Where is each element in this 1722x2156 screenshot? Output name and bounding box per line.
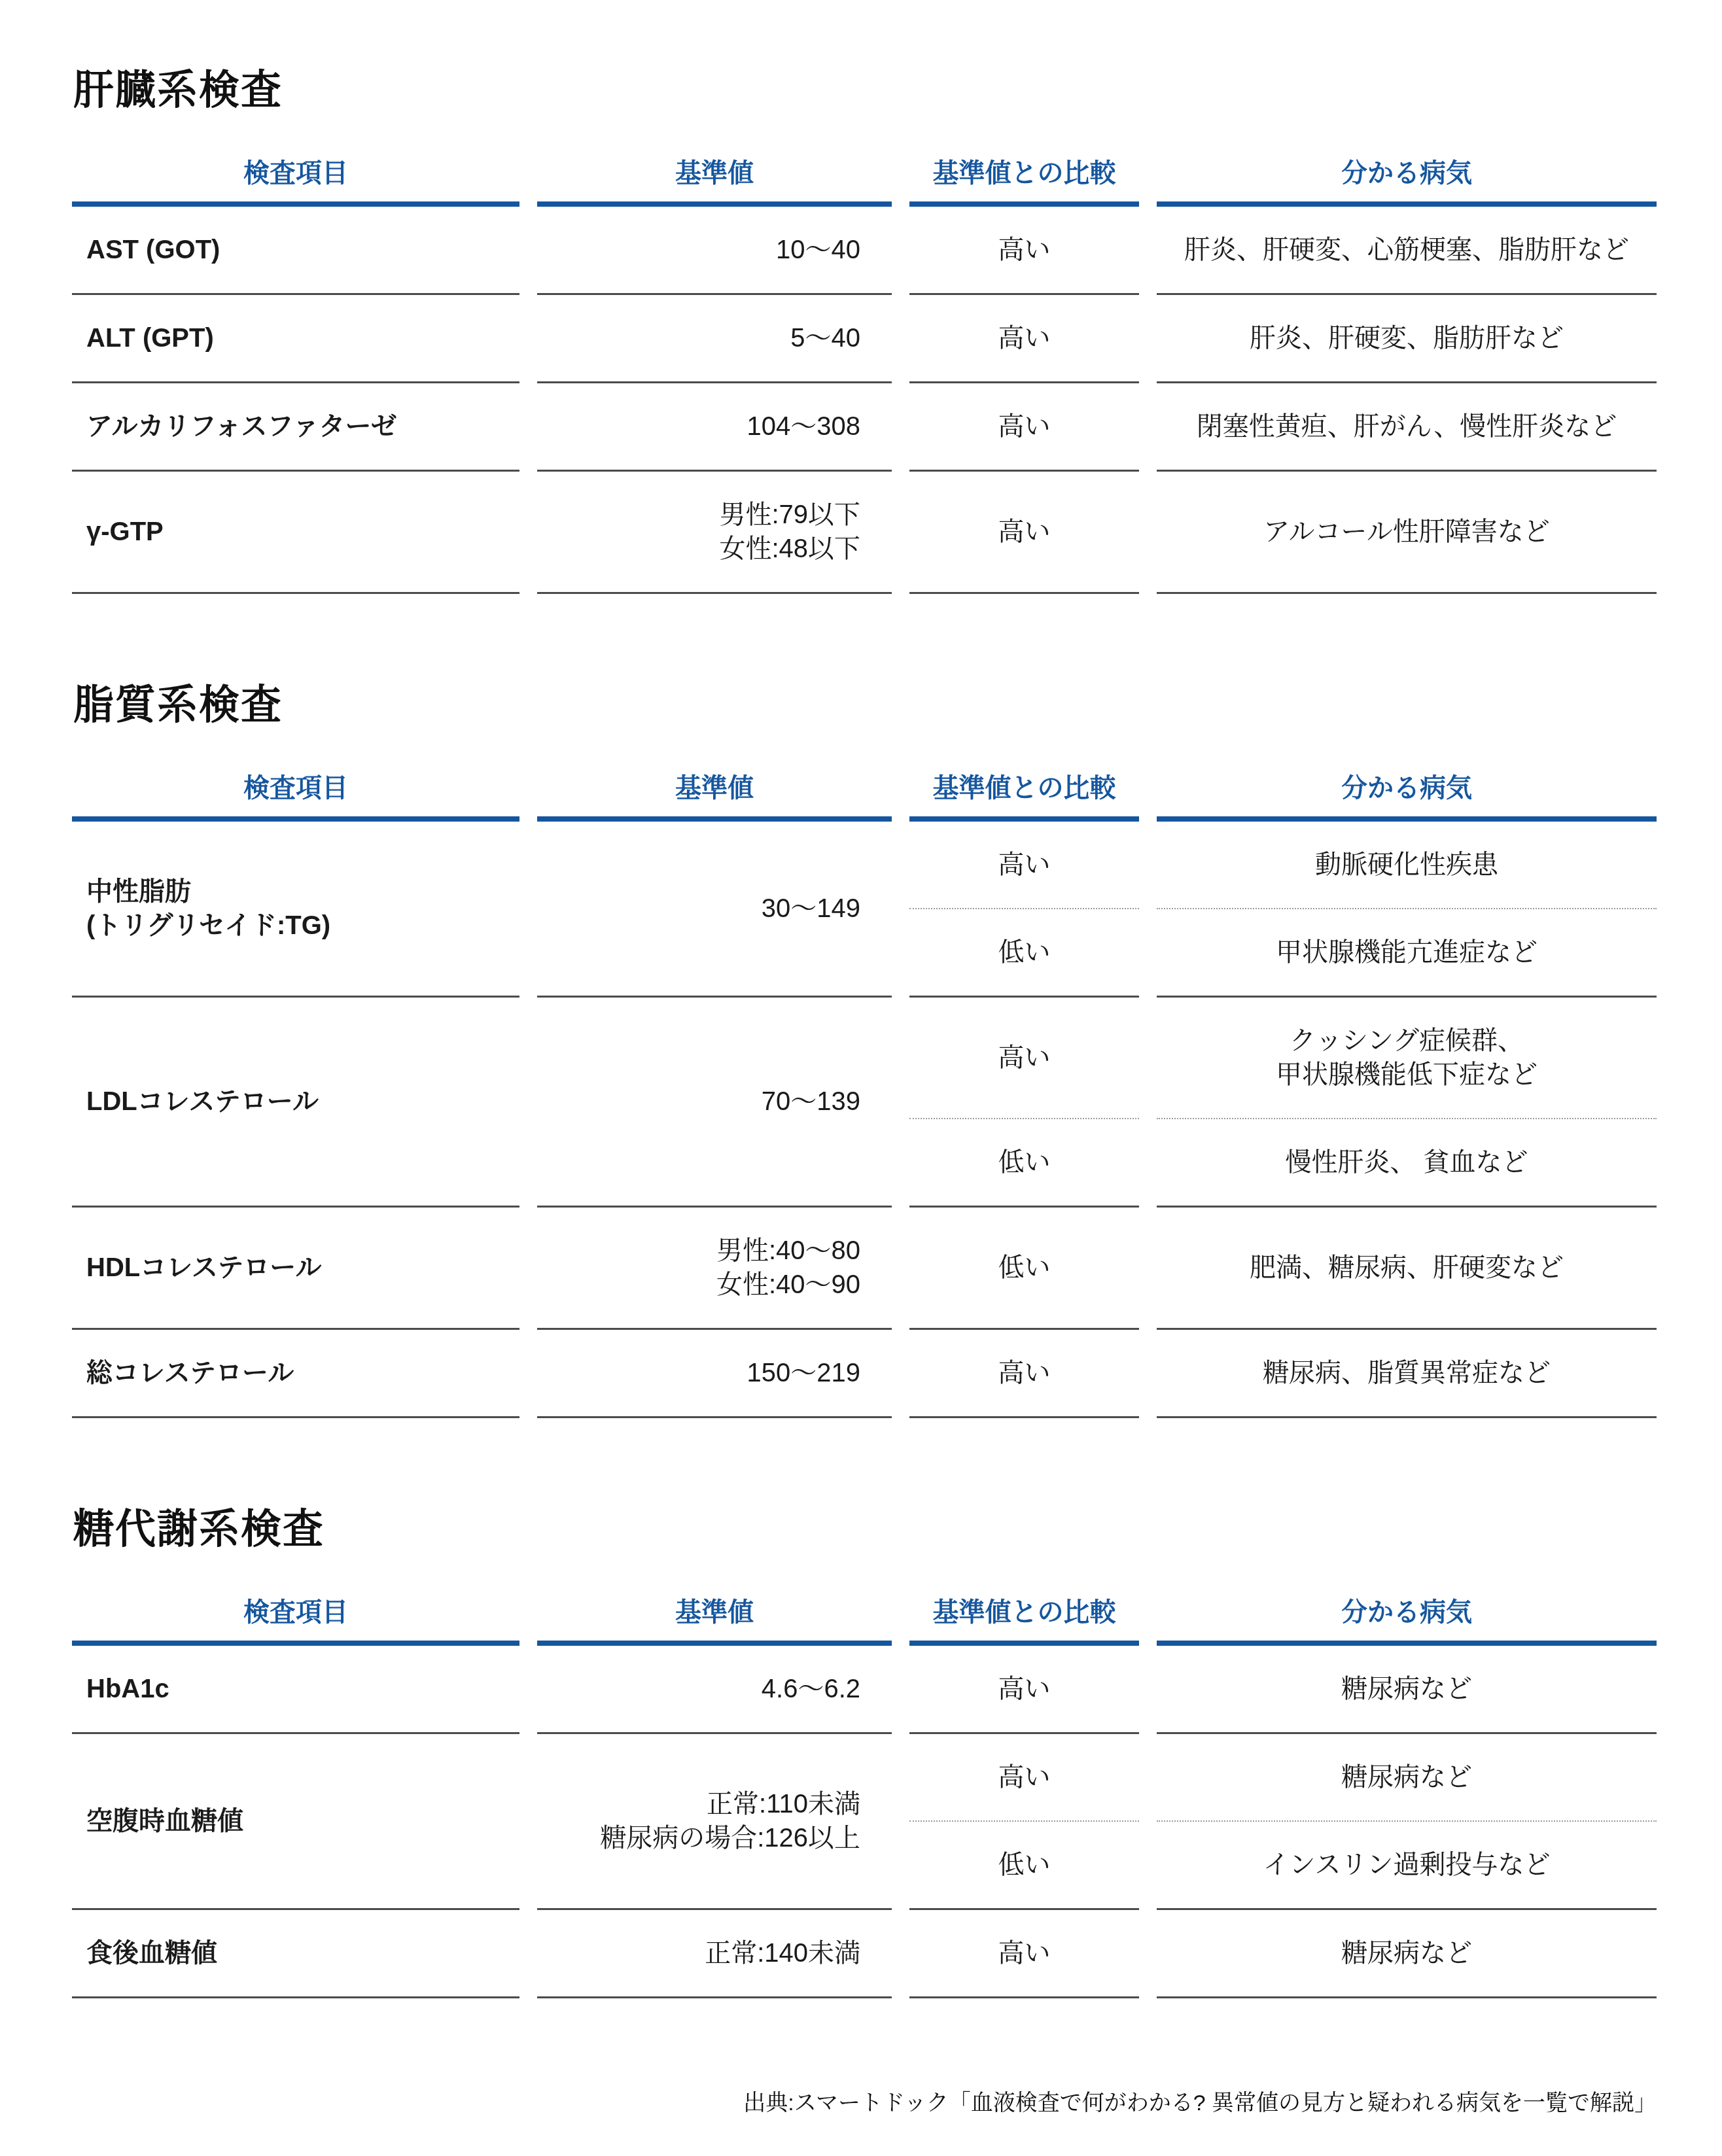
diseases-cell: アルコール性肝障害など	[1157, 472, 1657, 594]
text-line: 肥満、糖尿病、肝硬変など	[1250, 1251, 1564, 1285]
text-line: 高い	[998, 1356, 1051, 1390]
value-cell: 70〜139	[537, 998, 892, 1208]
value-cell: 30〜149	[537, 822, 892, 998]
text-line: 糖尿病の場合:126以上	[600, 1821, 860, 1855]
item-cell: 中性脂肪(トリグリセイド:TG)	[72, 822, 519, 998]
column-header: 検査項目	[72, 767, 519, 822]
text-line: 肝炎、肝硬変、脂肪肝など	[1250, 321, 1564, 355]
text-line: 甲状腺機能低下症など	[1276, 1058, 1537, 1092]
column-header: 検査項目	[72, 152, 519, 207]
value-cell: 150〜219	[537, 1330, 892, 1418]
text-line: 男性:79以下	[719, 498, 860, 532]
diseases-cell: 肥満、糖尿病、肝硬変など	[1157, 1208, 1657, 1330]
comparison-cell: 高い	[909, 295, 1139, 383]
text-line: HbA1c	[86, 1672, 169, 1706]
text-line: 中性脂肪	[86, 875, 191, 909]
source-citation: 出典:スマートドック「血液検査で何がわかる? 異常値の見方と疑われる病気を一覧で…	[72, 2085, 1657, 2117]
text-line: 高い	[998, 515, 1051, 549]
text-line: γ-GTP	[86, 515, 164, 549]
column-header: 基準値	[537, 1591, 892, 1646]
test-table: 検査項目基準値基準値との比較分かる病気HbA1c4.6〜6.2高い糖尿病など空腹…	[72, 1591, 1657, 1998]
comparison-cell: 低い	[909, 1208, 1139, 1330]
text-line: 糖尿病など	[1341, 1936, 1472, 1970]
text-line: インスリン過剰投与など	[1263, 1848, 1551, 1882]
text-line: 正常:110未満	[707, 1787, 860, 1821]
diseases-cell: 肝炎、肝硬変、心筋梗塞、脂肪肝など	[1157, 207, 1657, 295]
text-line: 高い	[998, 1041, 1051, 1075]
text-line: 男性:40〜80	[716, 1234, 860, 1268]
comparison-cell: 低い	[909, 909, 1139, 998]
section-title: 糖代謝系検査	[73, 1497, 1657, 1555]
column-header: 基準値との比較	[909, 1591, 1139, 1646]
diseases-cell: 糖尿病など	[1157, 1734, 1657, 1822]
section-title: 肝臓系検査	[73, 58, 1657, 116]
column-header: 基準値との比較	[909, 152, 1139, 207]
test-section: 糖代謝系検査検査項目基準値基準値との比較分かる病気HbA1c4.6〜6.2高い糖…	[72, 1497, 1657, 1998]
comparison-cell: 高い	[909, 1910, 1139, 1998]
test-table: 検査項目基準値基準値との比較分かる病気AST (GOT)10〜40高い肝炎、肝硬…	[72, 152, 1657, 594]
text-line: 5〜40	[790, 321, 860, 355]
text-line: ALT (GPT)	[86, 321, 214, 355]
text-line: 高い	[998, 233, 1051, 267]
section-title: 脂質系検査	[73, 672, 1657, 731]
diseases-cell: クッシング症候群、甲状腺機能低下症など	[1157, 998, 1657, 1119]
comparison-cell: 高い	[909, 472, 1139, 594]
item-cell: ALT (GPT)	[72, 295, 519, 383]
text-line: 女性:48以下	[719, 532, 860, 566]
diseases-cell: 甲状腺機能亢進症など	[1157, 909, 1657, 998]
text-line: 104〜308	[747, 409, 860, 443]
text-line: 低い	[998, 935, 1051, 969]
column-header: 基準値との比較	[909, 767, 1139, 822]
item-cell: γ-GTP	[72, 472, 519, 594]
item-cell: LDLコレステロール	[72, 998, 519, 1208]
item-cell: HbA1c	[72, 1646, 519, 1734]
blood-test-reference-document: 肝臓系検査検査項目基準値基準値との比較分かる病気AST (GOT)10〜40高い…	[72, 58, 1657, 2117]
comparison-cell: 高い	[909, 998, 1139, 1119]
comparison-cell: 高い	[909, 1646, 1139, 1734]
column-header: 検査項目	[72, 1591, 519, 1646]
item-cell: 総コレステロール	[72, 1330, 519, 1418]
text-line: (トリグリセイド:TG)	[86, 909, 330, 943]
text-line: 高い	[998, 1672, 1051, 1706]
column-header: 基準値	[537, 152, 892, 207]
text-line: 低い	[998, 1145, 1051, 1179]
item-cell: 空腹時血糖値	[72, 1734, 519, 1910]
item-cell: HDLコレステロール	[72, 1208, 519, 1330]
text-line: 食後血糖値	[86, 1936, 217, 1970]
item-cell: 食後血糖値	[72, 1910, 519, 1998]
text-line: 高い	[998, 321, 1051, 355]
value-cell: 4.6〜6.2	[537, 1646, 892, 1734]
value-cell: 男性:40〜80女性:40〜90	[537, 1208, 892, 1330]
text-line: 糖尿病など	[1341, 1672, 1472, 1706]
text-line: 高い	[998, 1936, 1051, 1970]
text-line: 低い	[998, 1848, 1051, 1882]
value-cell: 104〜308	[537, 383, 892, 472]
comparison-cell: 高い	[909, 1734, 1139, 1822]
text-line: 高い	[998, 1760, 1051, 1794]
text-line: 動脈硬化性疾患	[1315, 848, 1498, 882]
text-line: 70〜139	[762, 1085, 860, 1119]
diseases-cell: 肝炎、肝硬変、脂肪肝など	[1157, 295, 1657, 383]
comparison-cell: 低い	[909, 1822, 1139, 1910]
diseases-cell: 糖尿病など	[1157, 1646, 1657, 1734]
value-cell: 5〜40	[537, 295, 892, 383]
text-line: 高い	[998, 409, 1051, 443]
text-line: 慢性肝炎、 貧血など	[1285, 1145, 1528, 1179]
value-cell: 正常:110未満糖尿病の場合:126以上	[537, 1734, 892, 1910]
text-line: 糖尿病、脂質異常症など	[1263, 1356, 1551, 1390]
diseases-cell: インスリン過剰投与など	[1157, 1822, 1657, 1910]
comparison-cell: 高い	[909, 1330, 1139, 1418]
column-header: 分かる病気	[1157, 767, 1657, 822]
text-line: 女性:40〜90	[716, 1268, 860, 1302]
text-line: HDLコレステロール	[86, 1251, 321, 1285]
comparison-cell: 高い	[909, 822, 1139, 909]
text-line: 10〜40	[776, 233, 860, 267]
test-section: 脂質系検査検査項目基準値基準値との比較分かる病気中性脂肪(トリグリセイド:TG)…	[72, 672, 1657, 1418]
text-line: アルカリフォスファターゼ	[86, 409, 397, 443]
text-line: 空腹時血糖値	[86, 1804, 243, 1838]
text-line: クッシング症候群、	[1290, 1024, 1524, 1058]
text-line: 正常:140未満	[705, 1936, 860, 1970]
value-cell: 男性:79以下女性:48以下	[537, 472, 892, 594]
text-line: 糖尿病など	[1341, 1760, 1472, 1794]
item-cell: AST (GOT)	[72, 207, 519, 295]
text-line: 4.6〜6.2	[762, 1672, 860, 1706]
test-section: 肝臓系検査検査項目基準値基準値との比較分かる病気AST (GOT)10〜40高い…	[72, 58, 1657, 594]
text-line: LDLコレステロール	[86, 1085, 319, 1119]
diseases-cell: 慢性肝炎、 貧血など	[1157, 1119, 1657, 1208]
diseases-cell: 糖尿病、脂質異常症など	[1157, 1330, 1657, 1418]
text-line: 150〜219	[747, 1356, 860, 1390]
value-cell: 10〜40	[537, 207, 892, 295]
text-line: AST (GOT)	[86, 233, 220, 267]
diseases-cell: 糖尿病など	[1157, 1910, 1657, 1998]
text-line: 低い	[998, 1251, 1051, 1285]
text-line: アルコール性肝障害など	[1263, 515, 1550, 549]
comparison-cell: 低い	[909, 1119, 1139, 1208]
column-header: 分かる病気	[1157, 152, 1657, 207]
diseases-cell: 動脈硬化性疾患	[1157, 822, 1657, 909]
text-line: 総コレステロール	[86, 1356, 294, 1390]
diseases-cell: 閉塞性黄疸、肝がん、慢性肝炎など	[1157, 383, 1657, 472]
text-line: 高い	[998, 848, 1051, 882]
test-table: 検査項目基準値基準値との比較分かる病気中性脂肪(トリグリセイド:TG)30〜14…	[72, 767, 1657, 1418]
text-line: 甲状腺機能亢進症など	[1276, 935, 1537, 969]
text-line: 30〜149	[762, 892, 860, 926]
comparison-cell: 高い	[909, 207, 1139, 295]
text-line: 閉塞性黄疸、肝がん、慢性肝炎など	[1197, 409, 1617, 443]
text-line: 肝炎、肝硬変、心筋梗塞、脂肪肝など	[1184, 233, 1629, 267]
column-header: 分かる病気	[1157, 1591, 1657, 1646]
value-cell: 正常:140未満	[537, 1910, 892, 1998]
item-cell: アルカリフォスファターゼ	[72, 383, 519, 472]
column-header: 基準値	[537, 767, 892, 822]
comparison-cell: 高い	[909, 383, 1139, 472]
sections-container: 肝臓系検査検査項目基準値基準値との比較分かる病気AST (GOT)10〜40高い…	[72, 58, 1657, 1998]
